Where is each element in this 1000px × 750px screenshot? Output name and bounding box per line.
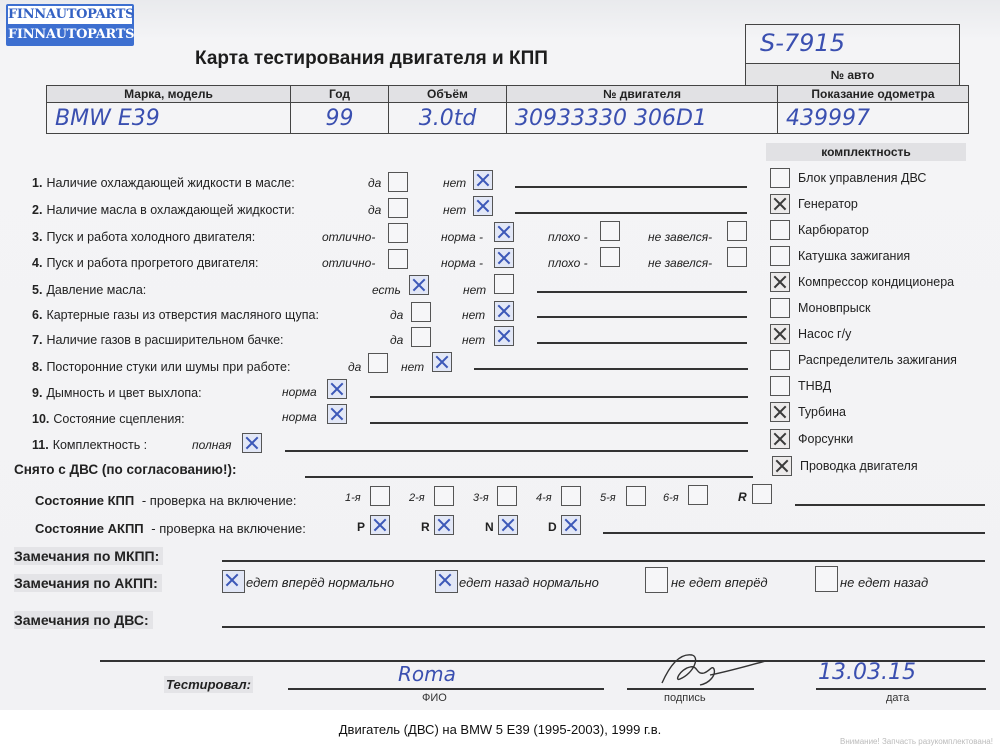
q11-full-checkbox[interactable] [242,433,262,453]
q1-option-yes-label: да [368,176,381,190]
equip-ac-compressor-checkbox[interactable] [770,272,790,292]
equip-injectors-checkbox[interactable] [770,429,790,449]
remarks-mkpp-label: Замечания по МКПП: [14,547,163,565]
date-caption: дата [886,692,909,704]
gear-1-checkbox[interactable] [370,486,390,506]
q11-notes-line [285,450,748,452]
q9-notes-line [370,396,748,398]
q8-notes-line [474,368,748,370]
equip-injectors-label: Форсунки [798,432,853,446]
equip-distributor-label: Распределитель зажигания [798,353,957,367]
value-make-model: BMW E39 [47,103,291,134]
logo: FINNAUTOPARTS FINNAUTOPARTS [6,4,134,46]
logo-line-2: FINNAUTOPARTS [8,26,132,44]
q4-normal-checkbox[interactable] [494,248,514,268]
q7-notes-line [537,342,747,344]
q3-option-not-started-label: не завелся- [648,230,712,244]
equip-turbo-label: Турбина [798,405,846,419]
q1-notes-line [515,186,747,188]
q5-option-yes-label: есть [372,283,401,297]
remarks-dvs-label: Замечания по ДВС: [14,611,153,629]
q5-no-checkbox[interactable] [494,274,514,294]
value-engine-number: 30933330 306D1 [507,103,778,134]
question-10: 10.Состояние сцепления: [32,412,185,426]
q8-no-checkbox[interactable] [432,352,452,372]
logo-line-1: FINNAUTOPARTS [8,6,132,24]
equip-wiring-label: Проводка двигателя [800,459,918,473]
q4-not-started-checkbox[interactable] [727,247,747,267]
gear-p-label: P [357,520,365,534]
gear-6-label: 6-я [663,492,679,504]
gear-n-checkbox[interactable] [498,515,518,535]
gear-4-checkbox[interactable] [561,486,581,506]
question-3: 3.Пуск и работа холодного двигателя: [32,230,255,244]
q4-excellent-checkbox[interactable] [388,249,408,269]
equip-injection-pump-checkbox[interactable] [770,376,790,396]
col-make-model: Марка, модель [47,86,291,103]
gear-akpp-r-label: R [421,520,430,534]
q4-bad-checkbox[interactable] [600,247,620,267]
gear-d-checkbox[interactable] [561,515,581,535]
question-5: 5.Давление масла: [32,283,146,297]
q1-option-no-label: нет [443,176,466,190]
q1-no-checkbox[interactable] [473,170,493,190]
akpp-forward-ok-checkbox[interactable] [222,570,245,593]
q8-option-no-label: нет [401,360,424,374]
col-volume: Объём [389,86,507,103]
gear-p-checkbox[interactable] [370,515,390,535]
q3-option-normal-label: норма - [441,230,483,244]
value-year: 99 [291,103,389,134]
remarks-akpp-label: Замечания по АКПП: [14,574,162,592]
akpp-no-backward-checkbox[interactable] [815,566,838,592]
q4-option-excellent-label: отлично- [322,256,375,270]
q2-notes-line [515,212,747,214]
gear-d-label: D [548,520,557,534]
q6-no-checkbox[interactable] [494,301,514,321]
q8-yes-checkbox[interactable] [368,353,388,373]
gear-akpp-r-checkbox[interactable] [434,515,454,535]
akpp-forward-ok-label: едет вперёд нормально [246,575,394,590]
name-line [288,688,604,690]
q3-bad-checkbox[interactable] [600,221,620,241]
question-11: 11.Комплектность : [32,438,147,452]
q6-option-yes-label: да [390,308,403,322]
q4-option-bad-label: плохо - [548,256,588,270]
q5-option-no-label: нет [463,283,486,297]
gear-5-label: 5-я [600,492,616,504]
tested-by-label: Тестировал: [164,676,253,693]
equip-wiring-checkbox[interactable] [772,456,792,476]
col-odometer: Показание одометра [778,86,969,103]
equip-ps-pump-checkbox[interactable] [770,324,790,344]
value-volume: 3.0td [389,103,507,134]
equip-injection-pump-label: ТНВД [798,379,831,393]
equip-ecu-checkbox[interactable] [770,168,790,188]
q7-option-yes-label: да [390,333,403,347]
gear-3-label: 3-я [473,492,489,504]
equip-carburetor-label: Карбюратор [798,223,869,237]
q10-normal-checkbox[interactable] [327,404,347,424]
equipment-header: комплектность [766,143,966,161]
gear-6-checkbox[interactable] [688,485,708,505]
q1-yes-checkbox[interactable] [388,172,408,192]
gear-1-label: 1-я [345,492,361,504]
auto-gearbox-notes-line [603,532,985,534]
gear-r-label: R [738,490,747,504]
akpp-no-forward-checkbox[interactable] [645,567,668,593]
equip-distributor-checkbox[interactable] [770,350,790,370]
q7-yes-checkbox[interactable] [411,327,431,347]
q3-option-excellent-label: отлично- [322,230,375,244]
q6-notes-line [537,316,747,318]
q3-option-bad-label: плохо - [548,230,588,244]
akpp-no-forward-label: не едет вперёд [671,575,768,590]
akpp-no-backward-label: не едет назад [840,575,928,590]
equip-generator-checkbox[interactable] [770,194,790,214]
test-card: FINNAUTOPARTS FINNAUTOPARTS Карта тестир… [0,0,1000,710]
gear-5-checkbox[interactable] [626,486,646,506]
question-7: 7.Наличие газов в расширительном бачке: [32,333,284,347]
akpp-backward-ok-label: едет назад нормально [459,575,599,590]
question-9: 9.Дымность и цвет выхлопа: [32,386,202,400]
akpp-backward-ok-checkbox[interactable] [435,570,458,593]
page-title: Карта тестирования двигателя и КПП [195,48,548,70]
question-4: 4.Пуск и работа прогретого двигателя: [32,256,258,270]
question-1: 1.Наличие охлаждающей жидкости в масле: [32,176,295,190]
image-caption: Двигатель (ДВС) на BMW 5 E39 (1995-2003)… [0,722,1000,737]
q10-option-normal-label: норма [282,410,317,424]
q2-option-no-label: нет [443,203,466,217]
q2-yes-checkbox[interactable] [388,198,408,218]
auto-number-box: S-7915 № авто [745,24,960,86]
q7-no-checkbox[interactable] [494,326,514,346]
removed-notes-line [305,476,753,478]
q6-option-no-label: нет [462,308,485,322]
equip-mono-injection-checkbox[interactable] [770,298,790,318]
signature-line [627,688,754,690]
gear-3-checkbox[interactable] [497,486,517,506]
gear-2-label: 2-я [409,492,425,504]
col-year: Год [291,86,389,103]
equip-mono-injection-label: Моновпрыск [798,301,870,315]
q3-normal-checkbox[interactable] [494,222,514,242]
equip-ac-compressor-label: Компрессор кондиционера [798,275,954,289]
remarks-dvs-line[interactable] [222,626,985,628]
equip-turbo-checkbox[interactable] [770,402,790,422]
remarks-mkpp-line[interactable] [222,560,985,562]
q2-no-checkbox[interactable] [473,196,493,216]
q9-normal-checkbox[interactable] [327,379,347,399]
tested-by-name: Roma [398,662,456,686]
equip-generator-label: Генератор [798,197,858,211]
q9-option-normal-label: норма [282,385,317,399]
gear-n-label: N [485,520,494,534]
equip-ps-pump-label: Насос г/у [798,327,851,341]
q8-option-yes-label: да [348,360,361,374]
test-date: 13.03.15 [818,660,916,685]
col-engine-number: № двигателя [507,86,778,103]
removed-label: Снято с ДВС (по согласованию!): [14,462,236,477]
gear-4-label: 4-я [536,492,552,504]
manual-gearbox-label: Состояние КПП - проверка на включение: [35,493,296,508]
equip-ecu-label: Блок управления ДВС [798,171,926,185]
question-2: 2.Наличие масла в охлаждающей жидкости: [32,203,295,217]
question-6: 6.Картерные газы из отверстия масляного … [32,308,319,322]
q2-option-yes-label: да [368,203,381,217]
watermark: Внимание! Запчасть разукомплектована! [840,737,993,746]
q4-option-normal-label: норма - [441,256,483,270]
q11-option-full-label: полная [192,438,231,452]
q3-not-started-checkbox[interactable] [727,221,747,241]
gear-r-checkbox[interactable] [752,484,772,504]
q4-option-not-started-label: не завелся- [648,256,712,270]
date-line [816,688,986,690]
question-8: 8.Посторонние стуки или шумы при работе: [32,360,290,374]
auto-number-label: № авто [746,63,959,86]
name-caption: ФИО [422,692,447,704]
equip-ignition-coil-label: Катушка зажигания [798,249,910,263]
signature-caption: подпись [664,692,706,704]
q5-notes-line [537,291,747,293]
auto-gearbox-label: Состояние АКПП - проверка на включение: [35,521,306,536]
q5-yes-checkbox[interactable] [409,275,429,295]
gear-2-checkbox[interactable] [434,486,454,506]
vehicle-info-table: Марка, модель Год Объём № двигателя Пока… [46,85,969,134]
q3-excellent-checkbox[interactable] [388,223,408,243]
equip-ignition-coil-checkbox[interactable] [770,246,790,266]
q6-yes-checkbox[interactable] [411,302,431,322]
auto-number-value: S-7915 [760,29,845,57]
value-odometer: 439997 [778,103,969,134]
q10-notes-line [370,422,748,424]
q7-option-no-label: нет [462,333,485,347]
equip-carburetor-checkbox[interactable] [770,220,790,240]
manual-gearbox-notes-line [795,504,985,506]
